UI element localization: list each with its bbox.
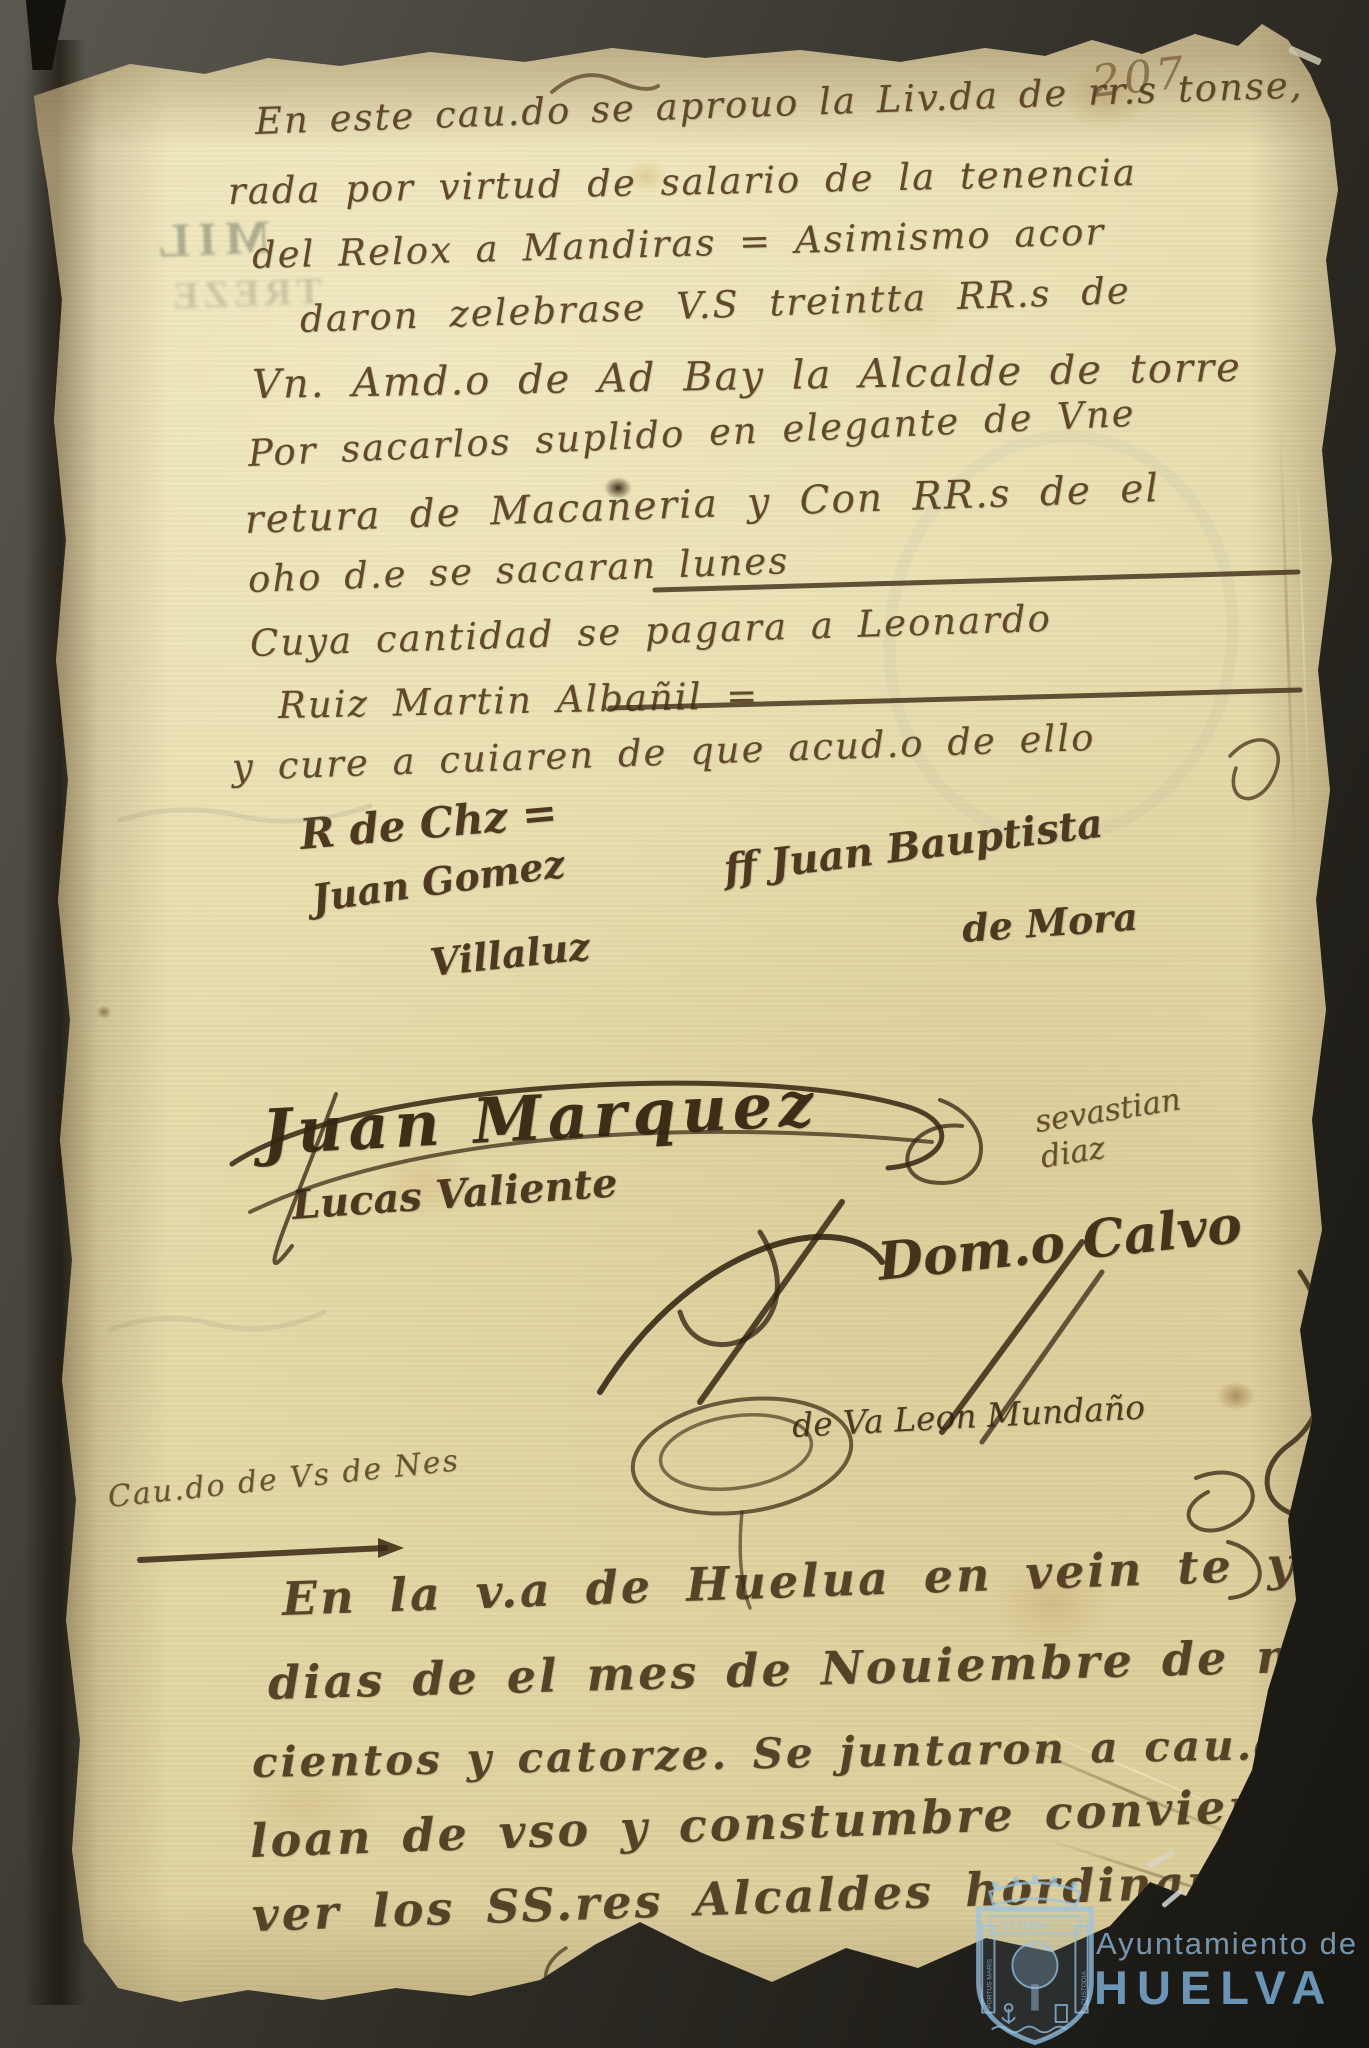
rule-after-line10 (610, 690, 1300, 708)
rubric-center-2 (700, 1202, 842, 1402)
left-pillar-text: PORTUS MARIS (987, 1958, 994, 2009)
mundano-knot (1189, 1473, 1260, 1598)
manuscript-page: MIL TREZE 207 En este cau.do se aprouo l… (0, 0, 1369, 2048)
tree-foliage (1012, 1943, 1057, 1988)
verso-bleed-squiggle-2 (110, 1312, 324, 1330)
verso-bleed-squiggle-1 (120, 806, 370, 821)
bottom-flourish (546, 1948, 592, 1996)
archive-photo: MIL TREZE 207 En este cau.do se aprouo l… (0, 0, 1369, 2048)
flourish-marquez-sweep (232, 1083, 942, 1168)
right-pillar-text: CUSTODIA (1081, 1971, 1088, 2005)
margin-arrow-line (140, 1548, 385, 1560)
flourish-line11-paraph (1230, 740, 1278, 799)
huelva-crest-icon: ET TERRA PORTUS MARIS CUSTODIA (954, 1866, 1114, 2048)
flourish-top-squiggle (552, 75, 658, 92)
archive-watermark: ET TERRA PORTUS MARIS CUSTODIA Ayuntamie… (928, 1866, 1369, 2048)
paraph-oval-tail (740, 1512, 750, 1608)
motto-text: ET TERRA (1003, 1920, 1050, 1931)
rule-after-line8 (655, 572, 1298, 590)
rubric-center-1 (600, 1237, 882, 1392)
flourish-marquez-descender (274, 1094, 336, 1263)
paraph-oval-inner (656, 1406, 817, 1498)
tree-trunk (1031, 1984, 1039, 2010)
watermark-city-text: HUELVA (1094, 1960, 1334, 2015)
watermark-org-text: Ayuntamiento de (1096, 1926, 1358, 1962)
flourish-marquez-cross (250, 1132, 932, 1212)
ink-flourishes (0, 0, 1369, 2048)
rubric-right-tangle (1267, 1272, 1335, 1517)
margin-arrow-head (378, 1538, 404, 1558)
crown (990, 1883, 1080, 1906)
